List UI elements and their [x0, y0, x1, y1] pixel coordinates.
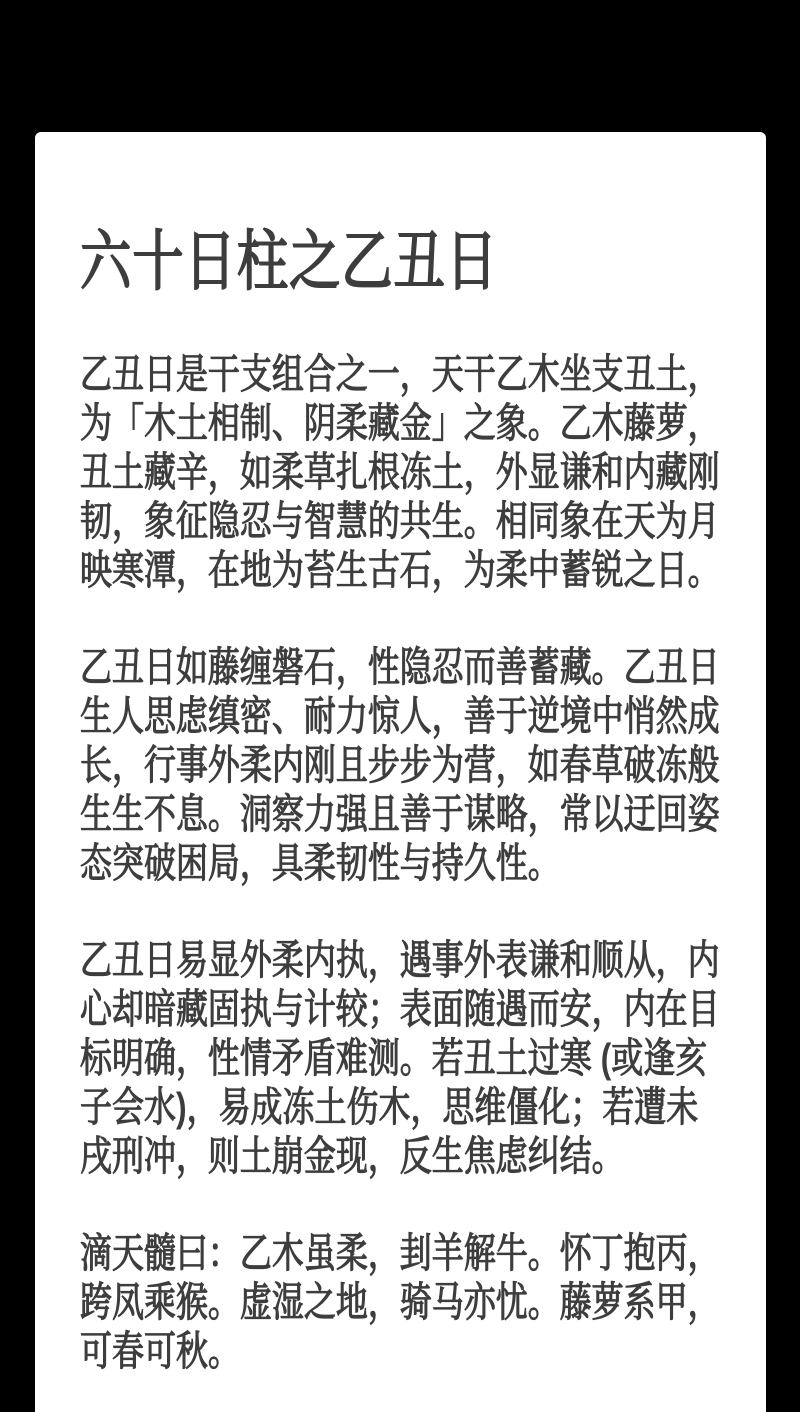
text-line: 戌刑冲，则土崩金现，反生焦虑纠结。 [80, 1132, 721, 1181]
text-line: 乙丑日如藤缠磐石，性隐忍而善蓄藏。乙丑日 [80, 643, 721, 692]
paragraph-overview: 乙丑日是干支组合之一，天干乙木坐支丑土， 为「木土相制、阴柔藏金」之象。乙木藤萝… [80, 350, 721, 595]
text-line: 乙丑日是干支组合之一，天干乙木坐支丑土， [80, 350, 721, 399]
text-line: 心却暗藏固执与计较；表面随遇而安，内在目 [80, 985, 721, 1034]
text-line: 韧，象征隐忍与智慧的共生。相同象在天为月 [80, 497, 721, 546]
text-line: 跨凤乘猴。虚湿之地，骑马亦忧。藤萝系甲， [80, 1278, 721, 1327]
paragraph-personality: 乙丑日如藤缠磐石，性隐忍而善蓄藏。乙丑日 生人思虑缜密、耐力惊人，善于逆境中悄然… [80, 643, 721, 888]
article-content: 六十日柱之乙丑日 乙丑日是干支组合之一，天干乙木坐支丑土， 为「木土相制、阴柔藏… [35, 132, 766, 1376]
text-line: 乙丑日易显外柔内执，遇事外表谦和顺从，内 [80, 936, 721, 985]
text-line: 子会水)，易成冻土伤木，思维僵化；若遭未 [80, 1083, 721, 1132]
paragraph-quote: 滴天髓曰：乙木虽柔，刲羊解牛。怀丁抱丙， 跨凤乘猴。虚湿之地，骑马亦忧。藤萝系甲… [80, 1229, 721, 1376]
page-title: 六十日柱之乙丑日 [80, 222, 721, 300]
page-background: 六十日柱之乙丑日 乙丑日是干支组合之一，天干乙木坐支丑土， 为「木土相制、阴柔藏… [0, 0, 800, 1412]
paragraph-contradictions: 乙丑日易显外柔内执，遇事外表谦和顺从，内 心却暗藏固执与计较；表面随遇而安，内在… [80, 936, 721, 1181]
text-line: 为「木土相制、阴柔藏金」之象。乙木藤萝， [80, 399, 721, 448]
text-line: 标明确，性情矛盾难测。若丑土过寒 (或逢亥 [80, 1034, 721, 1083]
text-line: 丑土藏辛，如柔草扎根冻土，外显谦和内藏刚 [80, 448, 721, 497]
text-line: 可春可秋。 [80, 1327, 721, 1376]
text-line: 生生不息。洞察力强且善于谋略，常以迂回姿 [80, 790, 721, 839]
text-line: 态突破困局，具柔韧性与持久性。 [80, 839, 721, 888]
text-line: 映寒潭，在地为苔生古石，为柔中蓄锐之日。 [80, 546, 721, 595]
text-line: 生人思虑缜密、耐力惊人，善于逆境中悄然成 [80, 692, 721, 741]
text-line: 滴天髓曰：乙木虽柔，刲羊解牛。怀丁抱丙， [80, 1229, 721, 1278]
text-line: 长，行事外柔内刚且步步为营，如春草破冻般 [80, 741, 721, 790]
article-card: 六十日柱之乙丑日 乙丑日是干支组合之一，天干乙木坐支丑土， 为「木土相制、阴柔藏… [35, 132, 766, 1412]
